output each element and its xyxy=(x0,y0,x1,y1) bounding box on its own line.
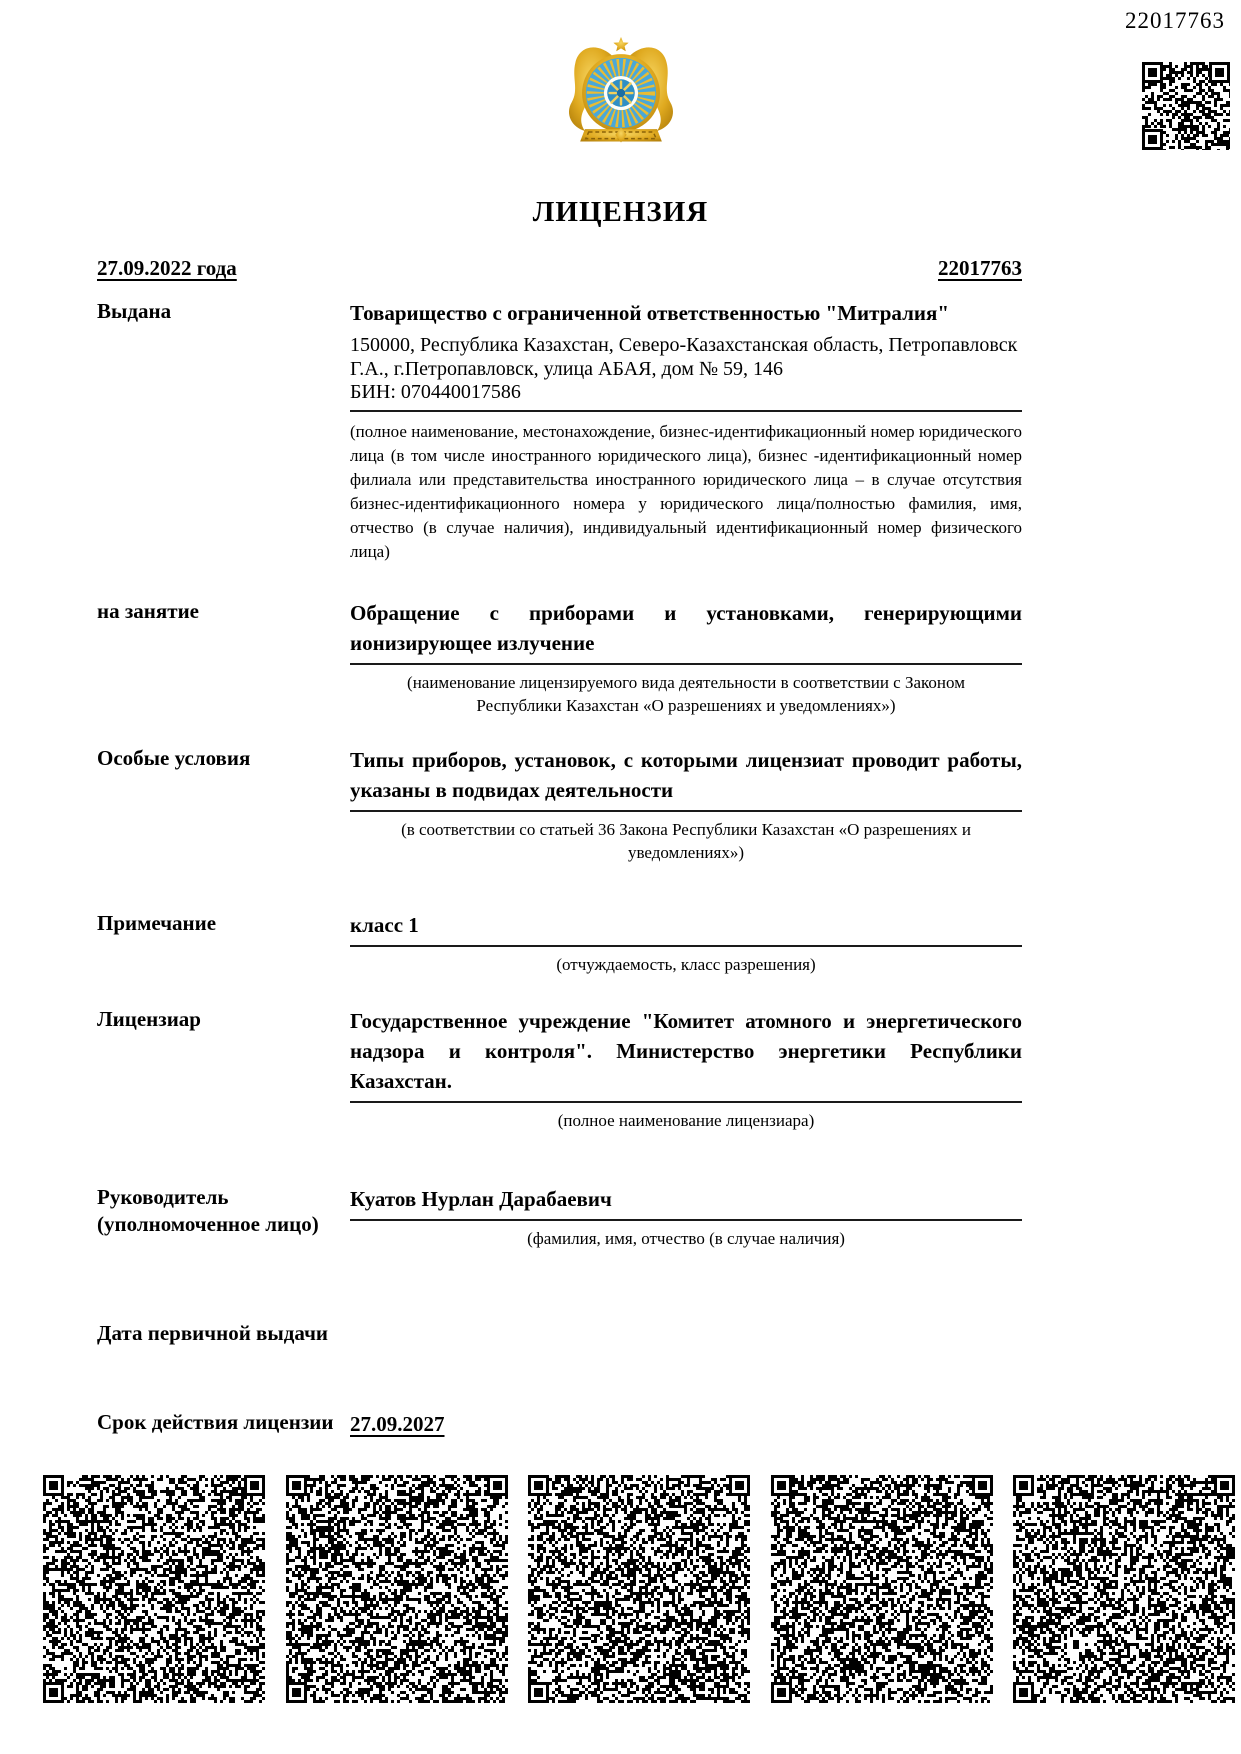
issued-to-address: 150000, Республика Казахстан, Северо-Каз… xyxy=(350,334,1022,381)
head-note: (фамилия, имя, отчество (в случае наличи… xyxy=(350,1227,1022,1250)
issued-to-note: (полное наименование, местонахождение, б… xyxy=(350,420,1022,564)
licensor-value: Государственное учреждение "Комитет атом… xyxy=(350,1006,1022,1103)
kazakhstan-emblem-icon xyxy=(545,36,697,152)
licensor-note: (полное наименование лицензиара) xyxy=(350,1109,1022,1132)
stamp-barcodes-row xyxy=(43,1475,1235,1703)
license-form: 27.09.2022 года 22017763 Выдана Товарище… xyxy=(97,256,1022,1509)
issue-date: 27.09.2022 года xyxy=(97,256,237,281)
license-document: 22017763 xyxy=(0,0,1241,1754)
field-issued-to: Выдана Товарищество с ограниченной ответ… xyxy=(97,298,1022,564)
document-number-top: 22017763 xyxy=(1125,8,1225,34)
special-conditions-label: Особые условия xyxy=(97,745,335,772)
emblem-wrap xyxy=(0,36,1241,157)
stamp-barcode xyxy=(286,1475,508,1703)
special-conditions-value: Типы приборов, установок, с которыми лиц… xyxy=(350,745,1022,812)
issued-to-company: Товарищество с ограниченной ответственно… xyxy=(350,298,1022,328)
issued-to-label: Выдана xyxy=(97,298,335,325)
stamp-barcode xyxy=(771,1475,993,1703)
special-conditions-note: (в соответствии со статьей 36 Закона Рес… xyxy=(350,818,1022,864)
head-value: Куатов Нурлан Дарабаевич xyxy=(350,1184,1022,1221)
stamp-barcode xyxy=(528,1475,750,1703)
issued-to-bin: БИН: 070440017586 xyxy=(350,381,1022,405)
license-number: 22017763 xyxy=(938,256,1022,281)
remark-label: Примечание xyxy=(97,910,335,937)
activity-note: (наименование лицензируемого вида деятел… xyxy=(350,671,1022,717)
validity-label: Срок действия лицензии xyxy=(97,1409,335,1436)
remark-value: класс 1 xyxy=(350,910,1022,947)
head-label: Руководитель (уполномоченное лицо) xyxy=(97,1184,335,1238)
field-head: Руководитель (уполномоченное лицо) Куато… xyxy=(97,1184,1022,1250)
field-remark: Примечание класс 1 (отчуждаемость, класс… xyxy=(97,910,1022,976)
date-number-row: 27.09.2022 года 22017763 xyxy=(97,256,1022,281)
field-special-conditions: Особые условия Типы приборов, установок,… xyxy=(97,745,1022,864)
stamp-barcode xyxy=(1013,1475,1235,1703)
stamp-barcode xyxy=(43,1475,265,1703)
field-licensor: Лицензиар Государственное учреждение "Ко… xyxy=(97,1006,1022,1132)
validity-value: 27.09.2027 xyxy=(350,1412,445,1436)
field-activity: на занятие Обращение с приборами и устан… xyxy=(97,598,1022,717)
remark-note: (отчуждаемость, класс разрешения) xyxy=(350,953,1022,976)
field-first-issue: Дата первичной выдачи xyxy=(97,1320,1022,1347)
activity-label: на занятие xyxy=(97,598,335,625)
licensor-label: Лицензиар xyxy=(97,1006,335,1033)
field-validity: Срок действия лицензии 27.09.2027 xyxy=(97,1409,1022,1439)
first-issue-label: Дата первичной выдачи xyxy=(97,1320,485,1347)
page-title: ЛИЦЕНЗИЯ xyxy=(0,196,1241,229)
activity-value: Обращение с приборами и установками, ген… xyxy=(350,598,1022,665)
